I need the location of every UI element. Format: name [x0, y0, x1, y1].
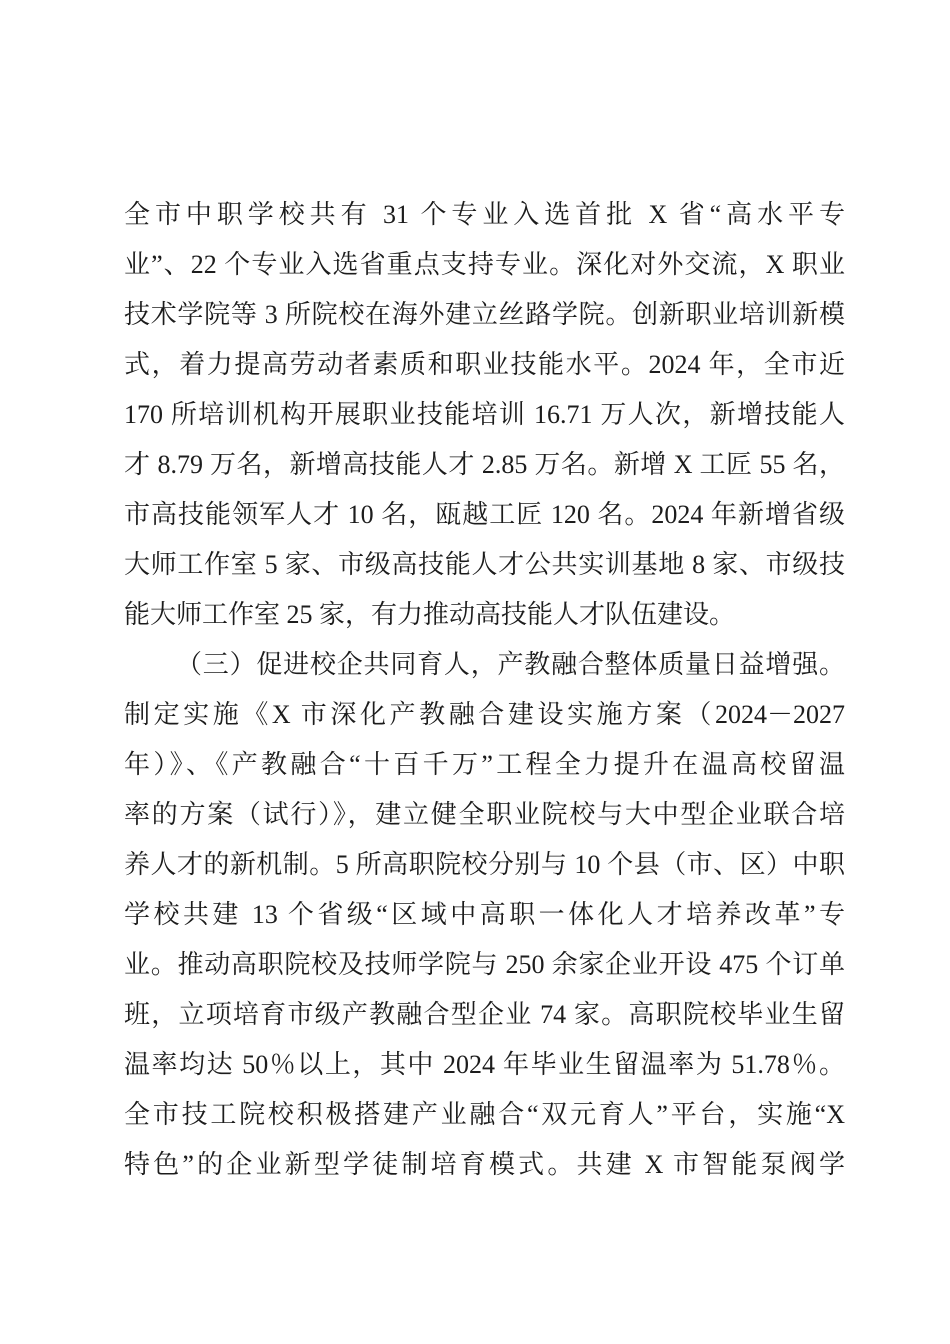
text-line-15: 学校共建 13 个省级“区域中高职一体化人才培养改革”专: [124, 890, 845, 940]
text-line-5: 170 所培训机构开展职业技能培训 16.71 万人次，新增技能人: [124, 390, 845, 440]
text-line-13: 率的方案（试行）》，建立健全职业院校与大中型企业联合培: [124, 790, 845, 840]
document-page: 全市中职学校共有 31 个专业入选首批 X 省“高水平专业”、22 个专业入选省…: [0, 0, 950, 1344]
text-line-11: 制定实施《X 市深化产教融合建设实施方案（2024－2027: [124, 690, 845, 740]
text-line-9: 能大师工作室 25 家，有力推动高技能人才队伍建设。: [124, 590, 845, 640]
text-line-10: （三）促进校企共同育人，产教融合整体质量日益增强。: [124, 640, 845, 690]
text-line-8: 大师工作室 5 家、市级高技能人才公共实训基地 8 家、市级技: [124, 540, 845, 590]
text-line-7: 市高技能领军人才 10 名，瓯越工匠 120 名。2024 年新增省级: [124, 490, 845, 540]
text-line-14: 养人才的新机制。5 所高职院校分别与 10 个县（市、区）中职: [124, 840, 845, 890]
text-line-19: 全市技工院校积极搭建产业融合“双元育人”平台，实施“X: [124, 1090, 845, 1140]
text-line-17: 班，立项培育市级产教融合型企业 74 家。高职院校毕业生留: [124, 990, 845, 1040]
text-line-16: 业。推动高职院校及技师学院与 250 余家企业开设 475 个订单: [124, 940, 845, 990]
text-line-4: 式，着力提高劳动者素质和职业技能水平。2024 年，全市近: [124, 340, 845, 390]
text-line-1: 全市中职学校共有 31 个专业入选首批 X 省“高水平专: [124, 190, 845, 240]
text-line-3: 技术学院等 3 所院校在海外建立丝路学院。创新职业培训新模: [124, 290, 845, 340]
text-line-6: 才 8.79 万名，新增高技能人才 2.85 万名。新增 X 工匠 55 名，: [124, 440, 845, 490]
document-body: 全市中职学校共有 31 个专业入选首批 X 省“高水平专业”、22 个专业入选省…: [124, 190, 845, 1190]
text-line-18: 温率均达 50％以上，其中 2024 年毕业生留温率为 51.78％。: [124, 1040, 845, 1090]
text-line-2: 业”、22 个专业入选省重点支持专业。深化对外交流，X 职业: [124, 240, 845, 290]
text-line-12: 年）》、《产教融合“十百千万”工程全力提升在温高校留温: [124, 740, 845, 790]
text-line-20: 特色”的企业新型学徒制培育模式。共建 X 市智能泵阀学: [124, 1140, 845, 1190]
